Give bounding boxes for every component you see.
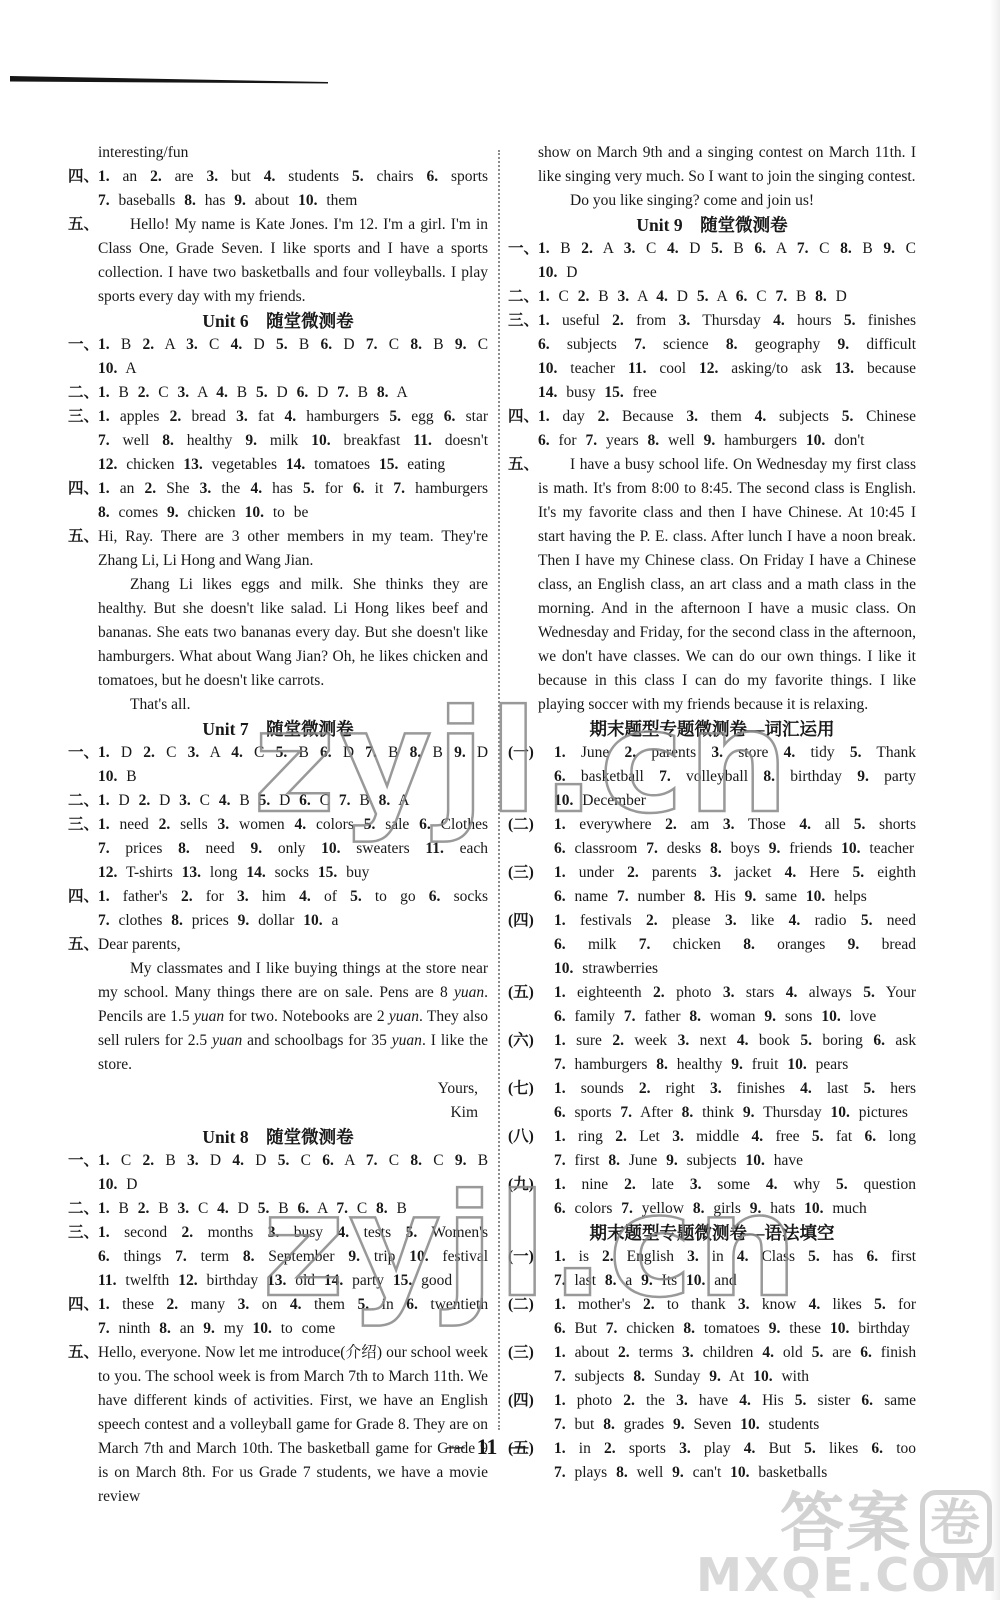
text-run: yuan (389, 1008, 419, 1025)
answer-item: 3. have (676, 1392, 728, 1409)
section-marker: 四、 (68, 477, 99, 501)
answer-item: 1. about (554, 1344, 609, 1361)
text-run: Hello, everyone. Now let me introduce(介绍… (98, 1344, 488, 1505)
answer-item: 4. old (762, 1344, 802, 1361)
text-run: Dear parents, (98, 936, 181, 953)
answer-item: 7. volleyball (659, 768, 748, 785)
paragraph: show on March 9th and a singing contest … (538, 141, 916, 189)
section-heading: Unit 6 随堂微测卷 (68, 309, 488, 333)
answer-item: 2. for (181, 888, 224, 905)
answer-list: 1. B 2. A 3. C 4. D 5. B 6. A 7. C 8. B … (538, 237, 916, 285)
answer-item: 9. chicken (167, 504, 236, 521)
answer-item: 7. After (620, 1104, 672, 1121)
answer-item: 10. birthday (830, 1320, 910, 1337)
answer-item: 8. think (682, 1104, 734, 1121)
answer-item: 4. book (737, 1032, 790, 1049)
answer-item: 7. hamburgers (393, 480, 488, 497)
section-marker: 四、 (68, 885, 99, 909)
answer-item: 5. D (259, 792, 291, 809)
answer-item: 3. the (200, 480, 241, 497)
paragraph: Kim (98, 1101, 488, 1125)
answer-item: 2. please (646, 912, 711, 929)
answer-item: 5. in (358, 1296, 394, 1313)
answer-item: 2. am (665, 816, 709, 833)
answer-item: 14. tomatoes (286, 456, 370, 473)
answer-item: 5. sale (364, 816, 410, 833)
answer-item: 6. D (297, 384, 329, 401)
answer-item: 6. same (861, 1392, 916, 1409)
answer-item: 1. everywhere (554, 816, 652, 833)
answer-item: 9. dollar (238, 912, 295, 929)
answer-item: 6. milk (554, 936, 616, 953)
answer-list: 1. ring 2. Let 3. middle 4. free 5. fat … (554, 1125, 916, 1173)
answer-item: 3. them (686, 408, 741, 425)
column-divider (498, 150, 500, 1430)
answer-item: 7. ninth (98, 1320, 150, 1337)
answer-list: 1. C 2. B 3. A 4. D 5. A 6. C 7. B 8. D (538, 285, 916, 309)
answer-item: 5. B (276, 744, 309, 761)
answer-item: 3. him (237, 888, 286, 905)
section-heading: 期末题型专题微测卷—语法填空 (508, 1221, 916, 1245)
answer-item: 12. T-shirts (98, 864, 173, 881)
section-marker: (六) (508, 1029, 534, 1053)
answer-item: 3. some (690, 1176, 750, 1193)
section-marker: 三、 (68, 813, 99, 837)
answer-item: 3. store (711, 744, 768, 761)
answer-item: 5. B (711, 240, 744, 257)
answer-item: 12. birthday (178, 1272, 258, 1289)
answer-item: 11. cool (628, 360, 686, 377)
section-marker: 三、 (68, 405, 99, 429)
text-run: yuan (454, 984, 484, 1001)
paragraph: Dear parents, (98, 933, 488, 957)
paragraph: My classmates and I like buying things a… (98, 957, 488, 1077)
section-marker: 二、 (68, 1197, 99, 1221)
answer-item: 9. Its (641, 1272, 677, 1289)
answer-item: 1. these (98, 1296, 154, 1313)
answer-item: 4. Class (737, 1248, 795, 1265)
scan-artifact-line (10, 72, 334, 88)
answer-item: 8. Sunday (633, 1368, 700, 1385)
answer-item: 5. finishes (844, 312, 916, 329)
answer-item: 3. Those (723, 816, 786, 833)
answer-item: 4. free (752, 1128, 800, 1145)
answer-block: (三)1. about 2. terms 3. children 4. old … (508, 1341, 916, 1389)
answer-item: 5. sister (795, 1392, 851, 1409)
answer-item: 3. D (187, 1152, 221, 1169)
answer-item: 2. sports (604, 1440, 666, 1457)
answer-item: 5. fat (812, 1128, 852, 1145)
answer-item: 9. D (454, 744, 488, 761)
answer-item: 8. healthy (162, 432, 232, 449)
answer-list: 1. B 2. A 3. C 4. D 5. B 6. D 7. C 8. B … (98, 333, 488, 381)
answer-item: 7. years (585, 432, 638, 449)
answer-item: 10. basketballs (730, 1464, 827, 1481)
paragraph: Hello! My name is Kate Jones. I'm 12. I'… (98, 213, 488, 309)
answer-list: 1. apples 2. bread 3. fat 4. hamburgers … (98, 405, 488, 477)
section-marker: 三、 (508, 309, 539, 333)
section-marker: 五、 (68, 525, 99, 549)
answer-item: 7. first (554, 1152, 599, 1169)
mxqe-watermark: MXQE.COM (696, 1548, 1000, 1600)
answer-item: 9. C (883, 240, 916, 257)
answer-item: 5. for (303, 480, 343, 497)
answer-item: 5. eighth (853, 864, 916, 881)
answer-list: 1. these 2. many 3. on 4. them 5. in 6. … (98, 1293, 488, 1341)
answer-item: 5. Thank (850, 744, 916, 761)
answer-item: 1. B (98, 1200, 129, 1217)
answer-item: 14. socks (246, 864, 309, 881)
answer-item: 4. D (232, 1152, 266, 1169)
answer-item: 2. are (150, 168, 193, 185)
section-marker: 四、 (508, 405, 539, 429)
answer-item: 4. B (219, 792, 250, 809)
answer-item: 4. radio (789, 912, 847, 929)
answer-item: 7. term (175, 1248, 229, 1265)
answer-item: 5. B (276, 336, 309, 353)
answer-item: 6. twentieth (406, 1296, 488, 1313)
answer-item: 4. them (290, 1296, 345, 1313)
answer-item: 2. parents (627, 864, 697, 881)
answer-item: 2. from (612, 312, 666, 329)
section-marker: 一、 (68, 333, 99, 357)
answer-item: 9. fruit (731, 1056, 778, 1073)
text-run: That's all. (130, 696, 190, 713)
answer-item: 9. can't (672, 1464, 721, 1481)
answer-block: (三)1. under 2. parents 3. jacket 4. Here… (508, 861, 916, 909)
answer-item: 3. in (687, 1248, 724, 1265)
answer-item: 12. asking/to ask (699, 360, 822, 377)
answer-list: 1. photo 2. the 3. have 4. His 5. sister… (554, 1389, 916, 1437)
section-marker: (四) (508, 1389, 534, 1413)
answer-block: 二、1. C 2. B 3. A 4. D 5. A 6. C 7. B 8. … (508, 285, 916, 309)
answer-list: 1. everywhere 2. am 3. Those 4. all 5. s… (554, 813, 916, 861)
answer-item: 5. egg (389, 408, 433, 425)
answer-item: 9. Thursday (743, 1104, 822, 1121)
text-run: I have a busy school life. On Wednesday … (538, 456, 916, 713)
answer-item: 10. teacher (538, 360, 615, 377)
answer-item: 9. party (857, 768, 916, 785)
answer-item: 5. question (836, 1176, 916, 1193)
scan-edge-shade (990, 0, 1000, 1600)
section-heading: 期末题型专题微测卷—词汇运用 (508, 717, 916, 741)
answer-item: 10. love (821, 1008, 876, 1025)
answer-block: (五)1. eighteenth 2. photo 3. stars 4. al… (508, 981, 916, 1029)
answer-item: 6. it (353, 480, 383, 497)
answer-item: 8. His (694, 888, 736, 905)
answer-list: 1. eighteenth 2. photo 3. stars 4. alway… (554, 981, 916, 1029)
answer-item: 1. under (554, 864, 614, 881)
answer-list: 1. mother's 2. to thank 3. know 4. likes… (554, 1293, 916, 1341)
section-marker: (三) (508, 861, 534, 885)
answer-item: 7. yellow (621, 1200, 684, 1217)
answer-item: 9. subjects (666, 1152, 736, 1169)
text-run: Yours, (438, 1080, 478, 1097)
answer-item: 9. friends (769, 840, 833, 857)
answer-list: 1. festivals 2. please 3. like 4. radio … (554, 909, 916, 981)
answer-item: 8. D (815, 288, 847, 305)
essay-block: 五、Hello! My name is Kate Jones. I'm 12. … (68, 213, 488, 309)
answer-item: 3. children (682, 1344, 753, 1361)
answer-item: 8. need (178, 840, 235, 857)
answer-item: 3. play (679, 1440, 731, 1457)
essay-block: 五、Hello, everyone. Now let me introduce(… (68, 1341, 488, 1509)
answer-item: 5. D (256, 384, 288, 401)
answer-item: 8. grades (603, 1416, 664, 1433)
answer-item: 8. B (410, 744, 443, 761)
answer-item: 8. B (376, 1200, 407, 1217)
answer-block: 四、1. an 2. She 3. the 4. has 5. for 6. i… (68, 477, 488, 525)
answer-item: 5. likes (804, 1440, 858, 1457)
answer-item: 4. C (231, 744, 264, 761)
answer-item: 2. B (578, 288, 609, 305)
answer-item: 5. Women's (406, 1224, 488, 1241)
answer-item: 4. D (217, 1200, 249, 1217)
answer-item: 3. finishes (710, 1080, 785, 1097)
answer-item: 2. to thank (643, 1296, 726, 1313)
answer-list: 1. D 2. C 3. A 4. C 5. B 6. D 7. B 8. B … (98, 741, 488, 789)
answer-item: 6. colors (554, 1200, 612, 1217)
answer-item: 8. boys (710, 840, 760, 857)
answer-item: 1. D (98, 744, 132, 761)
answer-block: 四、1. day 2. Because 3. them 4. subjects … (508, 405, 916, 453)
section-marker: 一、 (68, 1149, 99, 1173)
answer-item: 8. prices (171, 912, 229, 929)
answer-item: 7. desks (646, 840, 701, 857)
text-run: for two. Notebooks are 2 (224, 1008, 389, 1025)
answer-circle-logo-text: 答案 (780, 1491, 912, 1557)
section-marker: 四、 (68, 165, 99, 189)
answer-item: 11. doesn't (413, 432, 488, 449)
answer-item: 4. of (299, 888, 337, 905)
section-marker: 一、 (508, 237, 539, 261)
answer-list: 1. useful 2. from 3. Thursday 4. hours 5… (538, 309, 916, 405)
answer-item: 3. C (177, 1200, 208, 1217)
answer-item: 10. them (298, 192, 357, 209)
answer-item: 8. well (616, 1464, 663, 1481)
answer-item: 4. colors (295, 816, 354, 833)
answer-block: (二)1. mother's 2. to thank 3. know 4. li… (508, 1293, 916, 1341)
section-marker: (三) (508, 1341, 534, 1365)
answer-item: 7. chicken (639, 936, 721, 953)
answer-item: 11. each (425, 840, 488, 857)
answer-item: 10. teacher (841, 840, 914, 857)
answer-item: 5. A (697, 288, 727, 305)
answer-item: 9. Seven (673, 1416, 731, 1433)
section-marker: (九) (508, 1173, 534, 1197)
paragraph: Hi, Ray. There are 3 other members in my… (98, 525, 488, 573)
answer-item: 7. baseballs (98, 192, 175, 209)
answer-item: 7. hamburgers (554, 1056, 647, 1073)
answer-item: 4. last (800, 1080, 848, 1097)
answer-item: 4. why (766, 1176, 820, 1193)
answer-item: 5. Chinese (842, 408, 916, 425)
answer-block: 三、1. need 2. sells 3. women 4. colors 5.… (68, 813, 488, 885)
answer-item: 3. A (177, 384, 207, 401)
answer-item: 7. B (365, 744, 398, 761)
answer-item: 5. for (874, 1296, 916, 1313)
answer-item: 1. eighteenth (554, 984, 642, 1001)
answer-item: 2. English (602, 1248, 674, 1265)
answer-item: 10. D (538, 264, 577, 281)
answer-list: 1. an 2. She 3. the 4. has 5. for 6. it … (98, 477, 488, 525)
answer-item: 10. with (753, 1368, 809, 1385)
answer-item: 1. day (538, 408, 585, 425)
answer-list: 1. is 2. English 3. in 4. Class 5. has 6… (554, 1245, 916, 1293)
answer-item: 2. Let (615, 1128, 660, 1145)
answer-item: 3. women (218, 816, 285, 833)
answer-item: 6. basketball (554, 768, 644, 785)
answer-item: 2. right (639, 1080, 695, 1097)
answer-item: 1. is (554, 1248, 589, 1265)
section-marker: 五、 (68, 213, 99, 237)
answer-item: 3. A (617, 288, 647, 305)
answer-item: 6. C (299, 792, 330, 809)
answer-item: 2. late (624, 1176, 674, 1193)
text-run: Hi, Ray. There are 3 other members in my… (98, 528, 488, 569)
answer-item: 2. parents (625, 744, 697, 761)
text-run: yuan (212, 1032, 242, 1049)
answer-list: 1. nine 2. late 3. some 4. why 5. questi… (554, 1173, 916, 1221)
section-marker: 五、 (68, 1341, 99, 1365)
text-run: Hello! My name is Kate Jones. I'm 12. I'… (98, 216, 488, 305)
text-run: and schoolbags for 35 (242, 1032, 392, 1049)
answer-item: 1. nine (554, 1176, 608, 1193)
answer-list: 1. June 2. parents 3. store 4. tidy 5. T… (554, 741, 916, 813)
answer-item: 7. C (366, 336, 399, 353)
answer-item: 3. middle (672, 1128, 739, 1145)
answer-item: 7. science (634, 336, 709, 353)
answer-item: 8. girls (693, 1200, 741, 1217)
answer-item: 9. B (455, 1152, 488, 1169)
answer-item: 8. A (379, 792, 410, 809)
answer-item: 8. A (377, 384, 408, 401)
answer-item: 1. festivals (554, 912, 632, 929)
essay-block: 五、Hi, Ray. There are 3 other members in … (68, 525, 488, 717)
section-heading: Unit 8 随堂微测卷 (68, 1125, 488, 1149)
answer-item: 6. But (554, 1320, 597, 1337)
answer-item: 3. C (186, 336, 219, 353)
answer-item: 8. woman (689, 1008, 755, 1025)
answer-block: 四、1. an 2. are 3. but 4. students 5. cha… (68, 165, 488, 213)
answer-item: 4. D (231, 336, 265, 353)
answer-item: 4. students (264, 168, 339, 185)
answer-item: 5. are (812, 1344, 852, 1361)
answer-item: 10. strawberries (554, 960, 658, 977)
answer-item: 1. sure (554, 1032, 602, 1049)
answer-block: (八)1. ring 2. Let 3. middle 4. free 5. f… (508, 1125, 916, 1173)
text-run: My classmates and I like buying things a… (98, 960, 488, 1001)
answer-item: 7. C (336, 1200, 367, 1217)
answer-block: 三、1. apples 2. bread 3. fat 4. hamburger… (68, 405, 488, 477)
answer-block: (九)1. nine 2. late 3. some 4. why 5. que… (508, 1173, 916, 1221)
answer-item: 10. and (686, 1272, 737, 1289)
answer-item: 10. a (303, 912, 338, 929)
answer-item: 2. sells (159, 816, 208, 833)
answer-block: (七)1. sounds 2. right 3. finishes 4. las… (508, 1077, 916, 1125)
section-marker: 二、 (68, 381, 99, 405)
answer-list: 1. an 2. are 3. but 4. students 5. chair… (98, 165, 488, 213)
answer-item: 4. hamburgers (284, 408, 379, 425)
answer-list: 1. second 2. months 3. busy 4. tests 5. … (98, 1221, 488, 1293)
answer-item: 7. C (797, 240, 830, 257)
answer-item: 10. B (98, 768, 137, 785)
answer-item: 10. pictures (831, 1104, 908, 1121)
answer-item: 8. a (605, 1272, 632, 1289)
answer-item: 6. name (554, 888, 608, 905)
answer-item: 2. She (145, 480, 190, 497)
answer-item: 6. family (554, 1008, 615, 1025)
answer-item: 5. to go (350, 888, 416, 905)
section-marker: (四) (508, 909, 534, 933)
answer-item: 6. things (98, 1248, 161, 1265)
page-number-dash: — (438, 1436, 473, 1456)
answer-item: 4. subjects (755, 408, 829, 425)
answer-list: 1. D 2. D 3. C 4. B 5. D 6. C 7. B 8. A (98, 789, 488, 813)
answer-item: 1. apples (98, 408, 159, 425)
answer-item: 6. A (297, 1200, 327, 1217)
answer-item: 9. sons (764, 1008, 812, 1025)
answer-item: 13. long (182, 864, 238, 881)
section-marker: 五、 (508, 453, 539, 477)
answer-item: 9. At (709, 1368, 744, 1385)
answer-item: 9. milk (245, 432, 298, 449)
answer-item: 13. because (835, 360, 916, 377)
answer-item: 7. chicken (606, 1320, 675, 1337)
answer-item: 3. fat (236, 408, 274, 425)
section-marker: (二) (508, 813, 534, 837)
answer-item: 14. busy (538, 384, 596, 401)
answer-item: 9. bread (848, 936, 916, 953)
section-marker: (八) (508, 1125, 534, 1149)
answer-item: 8. geography (726, 336, 820, 353)
answer-item: 10. breakfast (311, 432, 400, 449)
answer-item: 1. B (98, 384, 129, 401)
answer-block: 四、1. these 2. many 3. on 4. them 5. in 6… (68, 1293, 488, 1341)
answer-list: 1. need 2. sells 3. women 4. colors 5. s… (98, 813, 488, 885)
left-column: interesting/fun四、1. an 2. are 3. but 4. … (68, 141, 488, 1509)
continuation-line: interesting/fun (98, 141, 488, 165)
answer-item: 1. an (98, 168, 137, 185)
answer-item: 2. terms (618, 1344, 673, 1361)
answer-item: 10. much (804, 1200, 867, 1217)
answer-item: 8. an (159, 1320, 194, 1337)
answer-item: 7. B (337, 384, 368, 401)
answer-item: 5. boring (800, 1032, 863, 1049)
answer-item: 6. star (444, 408, 488, 425)
answer-item: 7. B (339, 792, 370, 809)
answer-list: 1. sounds 2. right 3. finishes 4. last 5… (554, 1077, 916, 1125)
essay-block: 五、I have a busy school life. On Wednesda… (508, 453, 916, 717)
answer-item: 5. has (808, 1248, 853, 1265)
answer-item: 8. well (648, 432, 695, 449)
answer-item: 10. don't (806, 432, 865, 449)
answer-item: 6. A (322, 1152, 354, 1169)
answer-item: 6. D (321, 336, 355, 353)
answer-item: 15. buy (318, 864, 370, 881)
answer-item: 6. A (754, 240, 786, 257)
answer-item: 4. D (656, 288, 688, 305)
answer-item: 4. likes (809, 1296, 862, 1313)
answer-item: 1. need (98, 816, 149, 833)
answer-block: 一、1. C 2. B 3. D 4. D 5. C 6. A 7. C 8. … (68, 1149, 488, 1197)
paragraph: Hello, everyone. Now let me introduce(介绍… (98, 1341, 488, 1509)
answer-item: 10. sweaters (321, 840, 409, 857)
answer-list: 1. under 2. parents 3. jacket 4. Here 5.… (554, 861, 916, 909)
answer-item: 1. June (554, 744, 609, 761)
answer-item: 4. B (216, 384, 247, 401)
text-run: Kim (450, 1104, 478, 1121)
